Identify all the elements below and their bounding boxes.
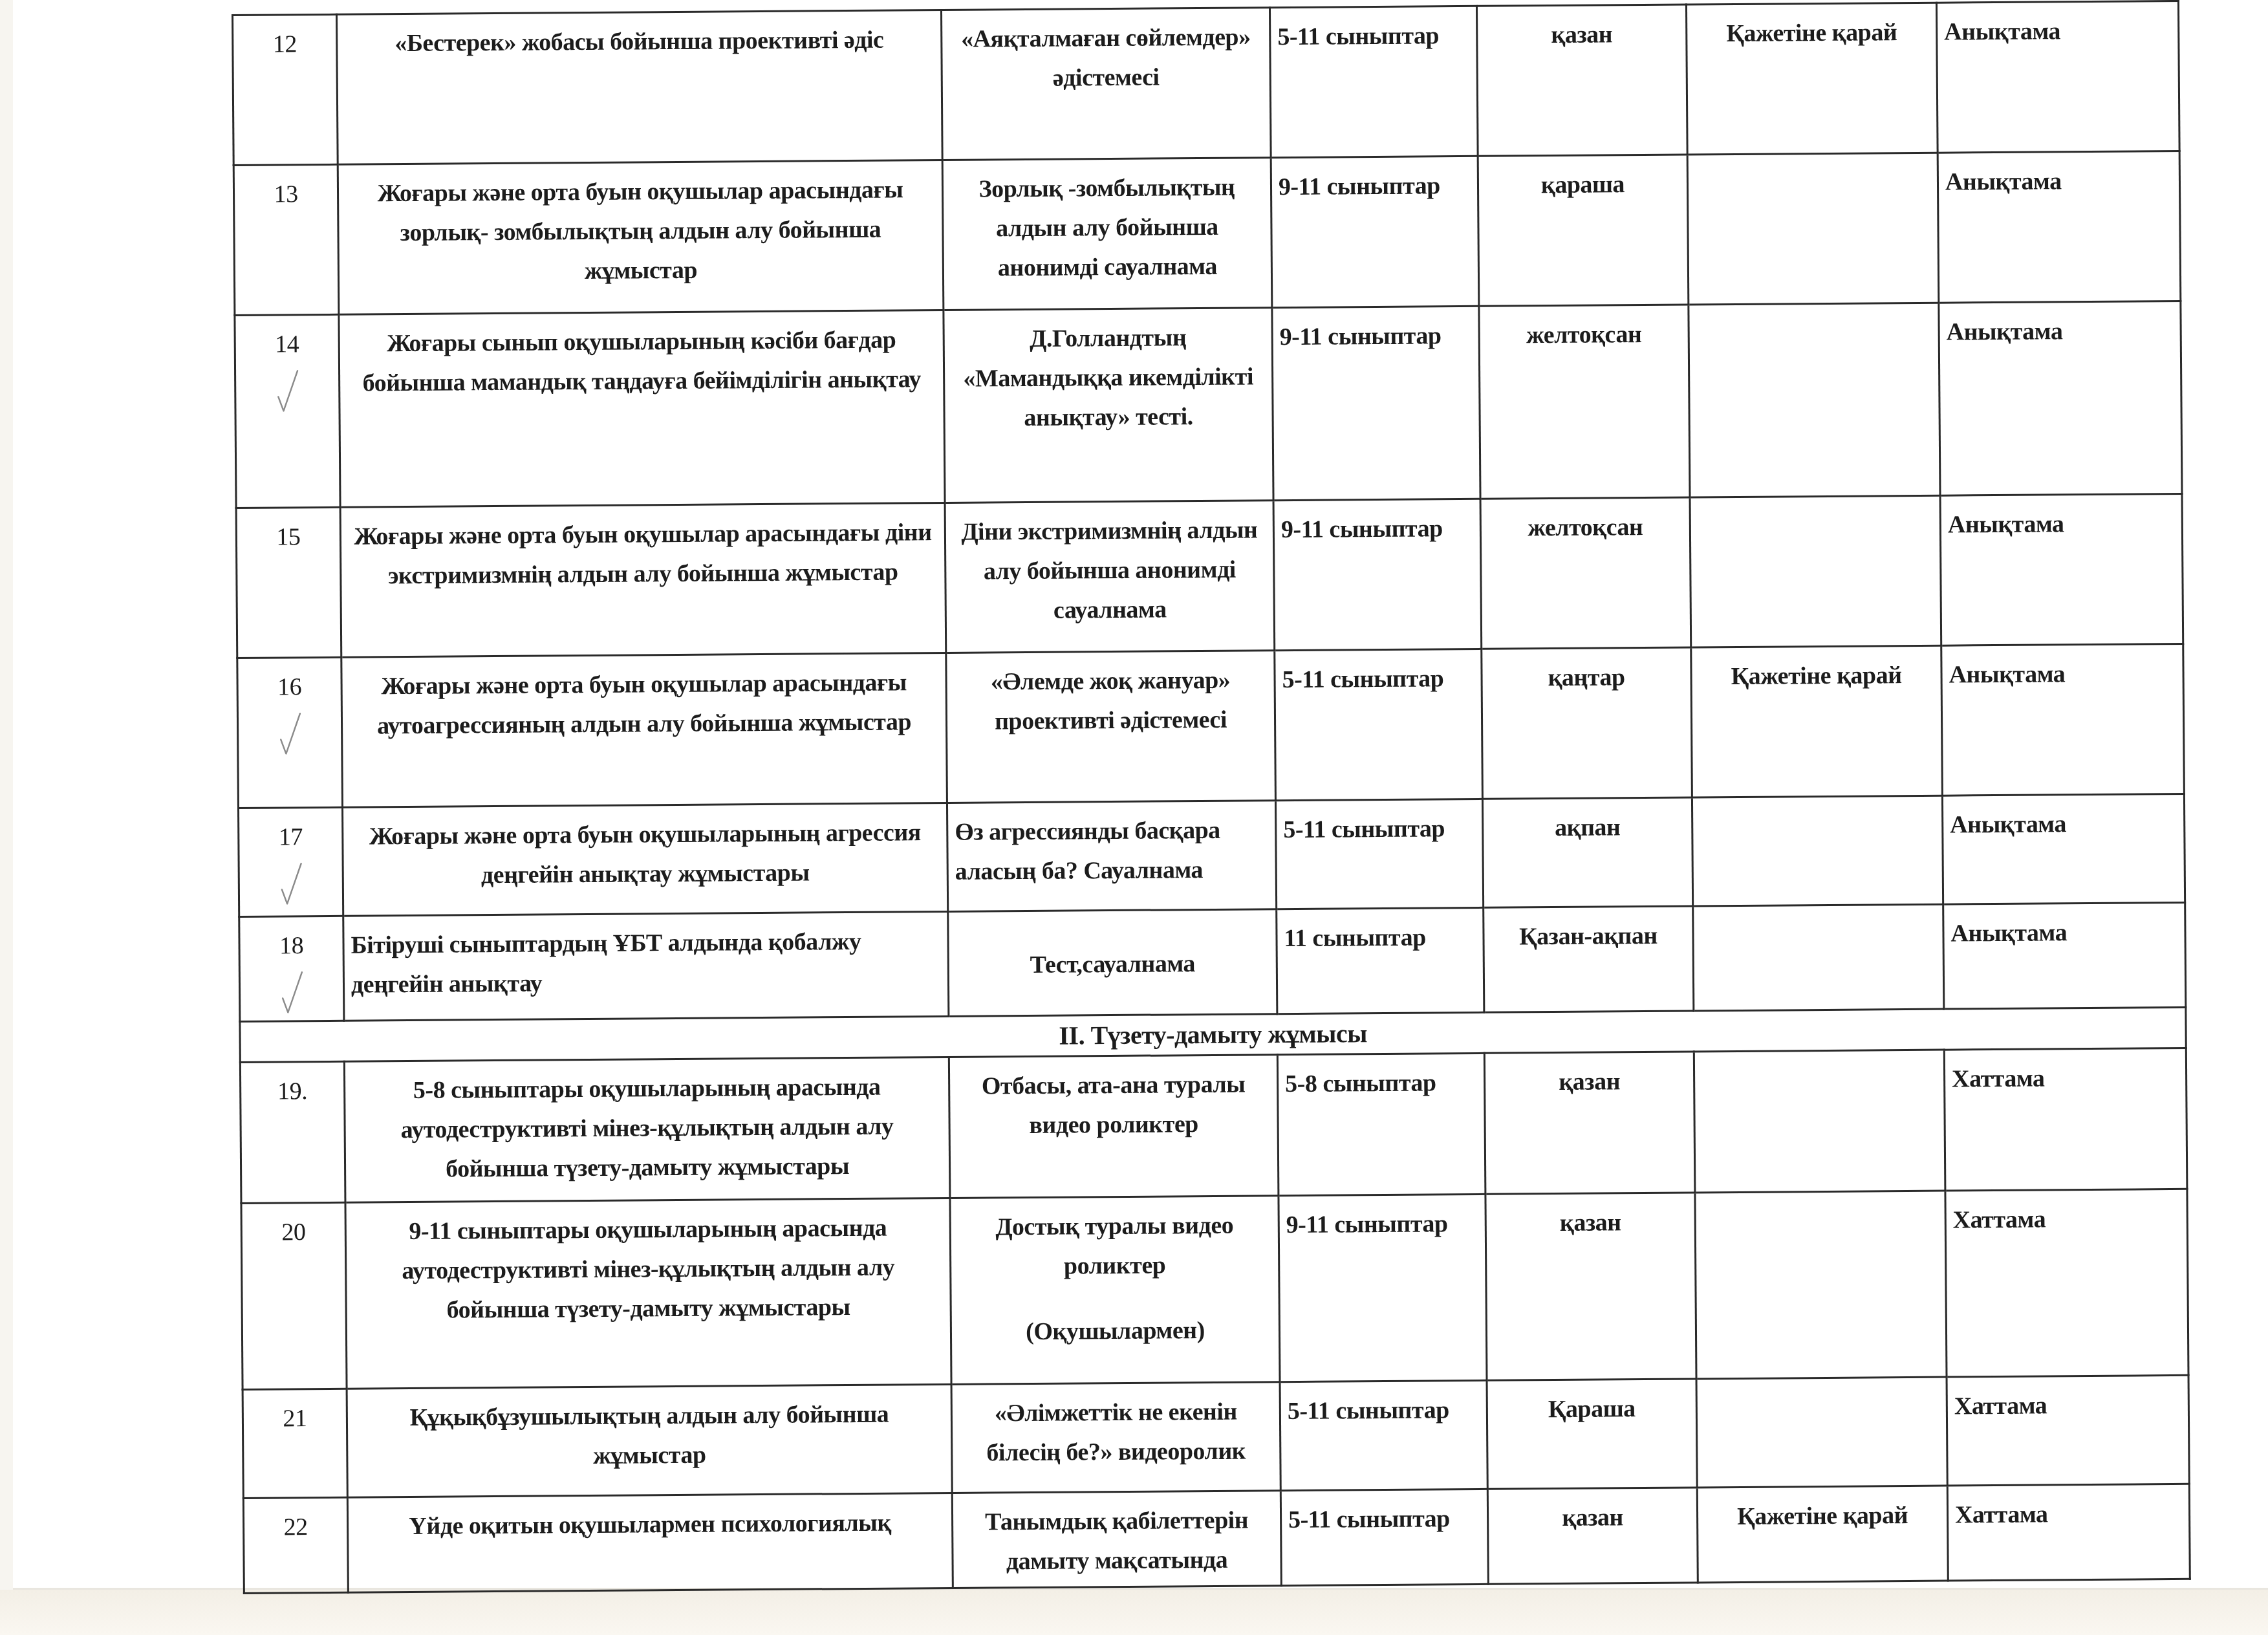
row-grades: 9-11 сыныптар [1273, 499, 1482, 650]
row-grades: 5-11 сыныптар [1275, 649, 1483, 800]
table-row: 12 «Бестерек» жобасы бойынша проективті … [233, 1, 2180, 165]
row-number: 12 [233, 14, 338, 165]
row-topic: Бітіруші сыныптардың ҰБТ алдында қобалжу… [343, 911, 949, 1021]
row-grades: 9-11 сыныптар [1271, 156, 1479, 307]
row-result: Анықтама [1942, 794, 2185, 904]
row-month: қараша [1478, 155, 1689, 306]
row-grades: 9-11 сыныптар [1272, 306, 1480, 500]
row-number-text: 19. [277, 1077, 307, 1105]
row-topic: Құқықбұзушылықтың алдын алу бойынша жұмы… [347, 1384, 952, 1497]
check-mark-icon [279, 969, 305, 1015]
row-number-text: 17 [279, 823, 303, 850]
table-row: 16 Жоғары және орта буын оқушылар арасын… [237, 644, 2185, 808]
row-grades: 5-11 сыныптар [1275, 799, 1483, 909]
table-row: 19. 5-8 сыныптары оқушыларының арасында … [240, 1048, 2187, 1203]
row-number-text: 14 [275, 330, 299, 358]
row-month: қазан [1484, 1052, 1695, 1194]
row-topic: Жоғары сынып оқушыларының кәсіби бағдар … [339, 310, 945, 507]
table-row: 13 Жоғары және орта буын оқушылар арасын… [233, 151, 2181, 315]
row-number: 18 [239, 916, 344, 1021]
row-note [1694, 1050, 1945, 1193]
row-note [1693, 904, 1944, 1011]
check-mark-icon [278, 861, 305, 906]
handwritten-check-icon [279, 969, 305, 1015]
row-note: Қажетіне қарай [1697, 1486, 1948, 1583]
part-1-rows: 12 «Бестерек» жобасы бойынша проективті … [233, 1, 2186, 1021]
row-number-text: 12 [273, 30, 297, 58]
row-result: Анықтама [1941, 644, 2185, 796]
row-result: Хаттама [1947, 1484, 2190, 1581]
row-number-text: 22 [283, 1513, 307, 1541]
row-number-text: 21 [283, 1405, 307, 1432]
method-note: (Оқушылармен) [958, 1310, 1272, 1352]
row-method: Тест,сауалнама [948, 909, 1277, 1017]
row-topic: Жоғары және орта буын оқушыларының агрес… [342, 803, 947, 916]
row-number-text: 16 [277, 673, 301, 700]
row-number: 16 [237, 657, 343, 808]
row-number: 20 [241, 1202, 347, 1389]
scanner-bed-edge [0, 1590, 2268, 1635]
row-number: 21 [243, 1389, 347, 1498]
row-method: Өз агрессиянды басқара аласың ба? Сауалн… [947, 801, 1276, 912]
row-note [1690, 495, 1941, 647]
row-grades: 5-11 сыныптар [1280, 1489, 1488, 1585]
part-2-rows: 19. 5-8 сыныптары оқушыларының арасында … [240, 1048, 2190, 1593]
row-method: «Әлемде жоқ жануар» проективті әдістемес… [946, 651, 1276, 803]
table-row: 21 Құқықбұзушылықтың алдын алу бойынша ж… [243, 1375, 2189, 1498]
row-number: 19. [240, 1061, 345, 1203]
row-number: 14 [235, 314, 340, 508]
row-method: Діни экстримизмнің алдын алу бойынша ано… [945, 501, 1275, 653]
row-month: қаңтар [1482, 647, 1692, 799]
row-note [1689, 303, 1940, 497]
row-method: «Аяқталмаған сөйлемдер» әдістемесі [941, 8, 1271, 160]
table-row: 20 9-11 сыныптары оқушыларының арасында … [241, 1189, 2188, 1389]
row-method: Отбасы, ата-ана туралы видео роликтер [949, 1055, 1279, 1198]
row-grades: 5-11 сыныптар [1280, 1380, 1487, 1490]
row-number-text: 20 [281, 1218, 305, 1246]
row-month: желтоқсан [1480, 497, 1691, 649]
row-grades: 11 сыныптар [1277, 907, 1484, 1013]
table-row: 17 Жоғары және орта буын оқушыларының аг… [238, 794, 2185, 916]
row-grades: 5-11 сыныптар [1269, 6, 1478, 157]
row-grades: 9-11 сыныптар [1279, 1194, 1487, 1381]
row-number: 17 [238, 807, 343, 916]
row-month: ақпан [1482, 797, 1692, 907]
check-mark-icon [274, 368, 301, 413]
row-note [1692, 796, 1943, 906]
row-month: желтоқсан [1479, 305, 1690, 499]
row-number-text: 13 [274, 180, 297, 208]
row-number-text: 18 [279, 932, 303, 959]
method-text: Достық туралы видео роликтер [958, 1206, 1272, 1287]
work-plan-table: 12 «Бестерек» жобасы бойынша проективті … [232, 0, 2191, 1594]
row-method: Зорлық -зомбылықтың алдын алу бойынша ан… [942, 158, 1272, 310]
handwritten-check-icon [274, 368, 301, 413]
row-note [1696, 1377, 1947, 1488]
row-result: Анықтама [1943, 902, 2186, 1009]
check-mark-icon [277, 711, 303, 756]
table-row: 15 Жоғары және орта буын оқушылар арасын… [236, 493, 2183, 658]
row-topic: 5-8 сыныптары оқушыларының арасында ауто… [344, 1057, 950, 1202]
row-number: 22 [243, 1497, 348, 1593]
row-month: қазан [1476, 5, 1687, 156]
row-method: Д.Голландтың «Мамандыққа икемділікті аны… [944, 308, 1273, 503]
row-month: Қараша [1487, 1379, 1697, 1489]
row-grades: 5-8 сыныптар [1277, 1053, 1485, 1195]
row-result: Анықтама [1936, 1, 2179, 153]
row-topic: Жоғары және орта буын оқушылар арасындағ… [341, 653, 947, 807]
row-topic: Үйде оқитын оқушылармен психологиялық [347, 1493, 953, 1592]
row-number-text: 15 [276, 523, 300, 550]
row-note: Қажетіне қарай [1691, 645, 1943, 797]
row-method: «Әлімжеттік не екенін білесің бе?» видео… [951, 1382, 1280, 1493]
row-topic: Жоғары және орта буын оқушылар арасындағ… [340, 503, 946, 657]
handwritten-check-icon [277, 711, 303, 756]
row-topic: Жоғары және орта буын оқушылар арасындағ… [338, 160, 944, 314]
row-topic: 9-11 сыныптары оқушыларының арасында аут… [345, 1198, 951, 1389]
table-row: 22 Үйде оқитын оқушылармен психологиялық… [243, 1484, 2190, 1593]
row-month: Қазан-ақпан [1484, 906, 1694, 1012]
table-row: 14 Жоғары сынып оқушыларының кәсіби бағд… [235, 301, 2182, 508]
row-note [1687, 153, 1939, 305]
row-number: 13 [233, 164, 339, 315]
row-result: Хаттама [1945, 1189, 2188, 1377]
row-method: Танымдық қабілеттерін дамыту мақсатында [952, 1491, 1281, 1588]
table-row: 18 Бітіруші сыныптардың ҰБТ алдында қоба… [239, 902, 2186, 1021]
row-result: Хаттама [1944, 1048, 2187, 1191]
row-result: Хаттама [1947, 1375, 2189, 1486]
handwritten-check-icon [278, 861, 305, 906]
row-note: Қажетіне қарай [1686, 3, 1938, 155]
row-result: Анықтама [1938, 151, 2181, 303]
row-note [1695, 1191, 1947, 1379]
row-result: Анықтама [1940, 493, 2183, 645]
row-month: қазан [1485, 1193, 1696, 1380]
row-topic: «Бестерек» жобасы бойынша проективті әді… [337, 10, 943, 164]
row-result: Анықтама [1939, 301, 2182, 495]
row-number: 15 [236, 507, 341, 658]
row-month: қазан [1487, 1488, 1698, 1584]
row-method: Достық туралы видео роликтер(Оқушылармен… [950, 1196, 1280, 1385]
